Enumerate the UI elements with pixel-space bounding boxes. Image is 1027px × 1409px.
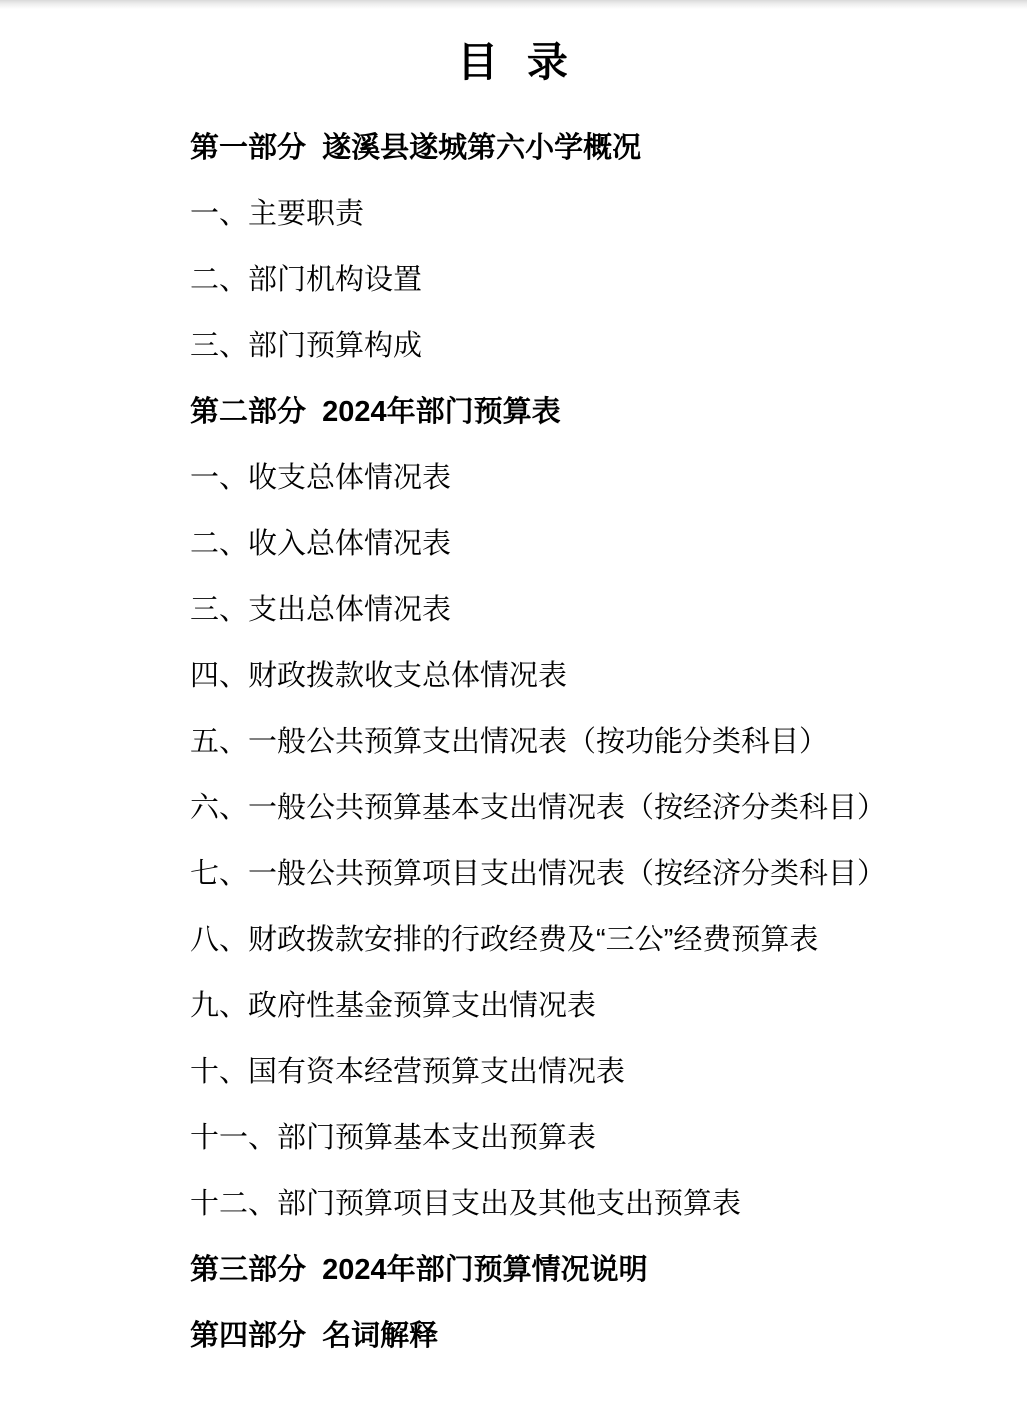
toc-item-part2-12: 十二、部门预算项目支出及其他支出预算表 (190, 1185, 987, 1223)
page-top-edge-shadow (0, 0, 1027, 9)
toc-item-part2-3: 三、支出总体情况表 (190, 591, 987, 629)
toc-section-part2: 第二部分 2024年部门预算表 (190, 393, 987, 431)
toc-item-part2-11: 十一、部门预算基本支出预算表 (190, 1119, 987, 1157)
toc-content: 目 录 第一部分 遂溪县遂城第六小学概况 一、主要职责 二、部门机构设置 三、部… (0, 9, 1027, 1383)
toc-item-part2-7: 七、一般公共预算项目支出情况表（按经济分类科目） (190, 855, 987, 893)
toc-item-part2-1: 一、收支总体情况表 (190, 459, 987, 497)
toc-title: 目 录 (0, 37, 1027, 87)
toc-section-part4: 第四部分 名词解释 (190, 1317, 987, 1355)
document-page: 目 录 第一部分 遂溪县遂城第六小学概况 一、主要职责 二、部门机构设置 三、部… (0, 0, 1027, 1409)
toc-item-part2-2: 二、收入总体情况表 (190, 525, 987, 563)
toc-item-part1-2: 二、部门机构设置 (190, 261, 987, 299)
toc-item-part1-3: 三、部门预算构成 (190, 327, 987, 365)
toc-item-part2-8: 八、财政拨款安排的行政经费及“三公”经费预算表 (190, 921, 987, 959)
toc-item-part2-6: 六、一般公共预算基本支出情况表（按经济分类科目） (190, 789, 987, 827)
toc-section-part3: 第三部分 2024年部门预算情况说明 (190, 1251, 987, 1289)
toc-item-part1-1: 一、主要职责 (190, 195, 987, 233)
toc-item-part2-9: 九、政府性基金预算支出情况表 (190, 987, 987, 1025)
toc-item-part2-4: 四、财政拨款收支总体情况表 (190, 657, 987, 695)
toc-item-part2-5: 五、一般公共预算支出情况表（按功能分类科目） (190, 723, 987, 761)
toc-section-part1: 第一部分 遂溪县遂城第六小学概况 (190, 129, 987, 167)
toc-list: 第一部分 遂溪县遂城第六小学概况 一、主要职责 二、部门机构设置 三、部门预算构… (0, 129, 1027, 1355)
toc-item-part2-10: 十、国有资本经营预算支出情况表 (190, 1053, 987, 1091)
